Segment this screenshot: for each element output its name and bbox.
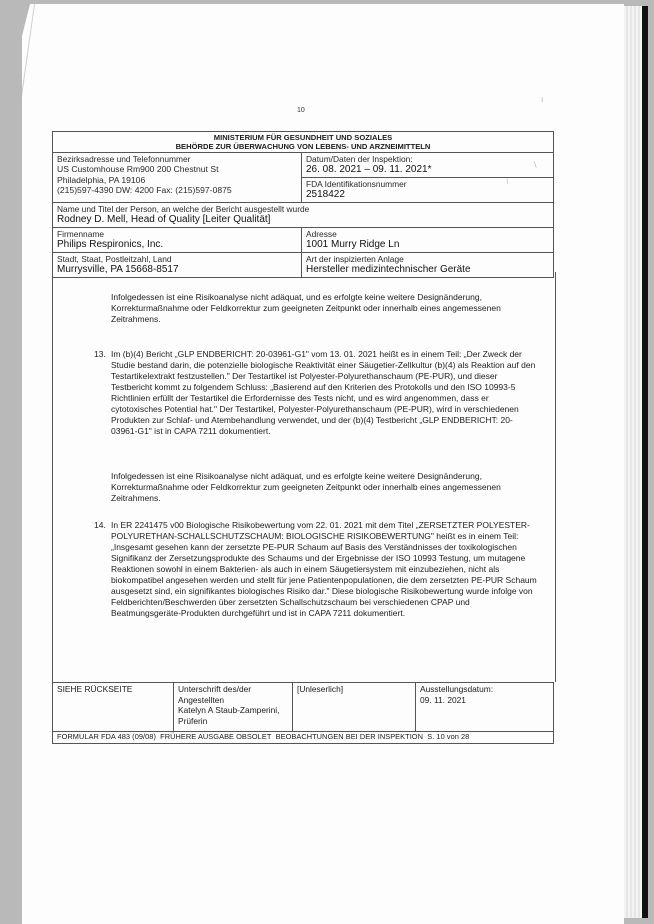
previous-edition-note: FRÜHERE AUSGABE OBSOLET	[160, 732, 271, 741]
address-label: Adresse	[306, 229, 549, 239]
recipient-label: Name und Titel der Person, an welche der…	[57, 204, 549, 214]
observation-paragraph: Infolgedessen ist eine Risikoanalyse nic…	[111, 471, 536, 504]
signature-value: [Unleserlich]	[297, 684, 343, 694]
firm-name-value: Philips Respironics, Inc.	[57, 239, 297, 251]
firm-name-label: Firmenname	[57, 229, 297, 239]
district-address-line: US Customhouse Rm900 200 Chestnut St	[57, 164, 297, 175]
inspection-dates-cell: Datum/Daten der Inspektion: 26. 08. 2021…	[302, 153, 554, 178]
observation-text: In ER 2241475 v00 Biologische Risikobewe…	[111, 520, 539, 619]
signature-cell: [Unleserlich]	[293, 683, 416, 732]
signature-label: Unterschrift des/der Angestellten	[178, 684, 288, 705]
city-label: Stadt, Staat, Postleitzahl, Land	[57, 254, 297, 264]
fei-label: FDA Identifikationsnummer	[306, 179, 549, 189]
district-address-label: Bezirksadresse und Telefonnummer	[57, 154, 297, 164]
firm-name-cell: Firmenname Philips Respironics, Inc.	[53, 228, 302, 253]
establishment-type-label: Art der inspizierten Anlage	[306, 254, 549, 264]
address-cell: Adresse 1001 Murry Ridge Ln	[302, 228, 554, 253]
issue-date-value: 09. 11. 2021	[420, 695, 549, 706]
inspection-dates-value: 26. 08. 2021 – 09. 11. 2021*	[306, 164, 549, 176]
recipient-cell: Name und Titel der Person, an welche der…	[53, 203, 554, 228]
page-stack-edge	[620, 6, 648, 918]
issue-date-cell: Ausstellungsdatum: 09. 11. 2021	[416, 683, 554, 732]
district-address-line: (215)597-4390 DW: 4200 Fax: (215)597-087…	[57, 185, 297, 196]
district-address-line: Philadelphia, PA 19106	[57, 175, 297, 186]
address-value: 1001 Murry Ridge Ln	[306, 239, 549, 251]
fei-value: 2518422	[306, 189, 549, 201]
recipient-value: Rodney D. Mell, Head of Quality [Leiter …	[57, 214, 549, 226]
see-reverse-label: SIEHE RÜCKSEITE	[57, 684, 132, 694]
inspection-dates-label: Datum/Daten der Inspektion:	[306, 154, 549, 164]
observation-number: 13.	[94, 349, 106, 360]
employee-signature-cell: Unterschrift des/der Angestellten Kately…	[174, 683, 293, 732]
fei-cell: FDA Identifikationsnummer 2518422	[302, 178, 554, 203]
form-header-table: MINISTERIUM FÜR GESUNDHEIT UND SOZIALES …	[52, 131, 554, 278]
observation-paragraph: Infolgedessen ist eine Risikoanalyse nic…	[111, 292, 536, 325]
observation-number: 14.	[94, 520, 106, 531]
page-of-count: S. 10 von 28	[427, 732, 469, 741]
employee-name: Katelyn A Staub-Zamperini, Prüferin	[178, 705, 288, 726]
district-address-cell: Bezirksadresse und Telefonnummer US Cust…	[53, 153, 302, 203]
form-footer-table: SIEHE RÜCKSEITE Unterschrift des/der Ang…	[52, 682, 554, 744]
agency-name: BEHÖRDE ZUR ÜBERWACHUNG VON LEBENS- UND …	[57, 143, 549, 152]
pen-mark: ı	[541, 95, 543, 104]
observation-text: Im (b)(4) Bericht „GLP ENDBERICHT: 20-03…	[111, 349, 539, 437]
section-title: BEOBACHTUNGEN BEI DER INSPEKTION	[276, 732, 423, 741]
page-number: 10	[297, 107, 305, 114]
header-title: MINISTERIUM FÜR GESUNDHEIT UND SOZIALES …	[53, 132, 554, 153]
form-identification-line: FORMULAR FDA 483 (09/08) FRÜHERE AUSGABE…	[53, 732, 554, 744]
form-id: FORMULAR FDA 483 (09/08)	[57, 732, 156, 741]
see-reverse-cell: SIEHE RÜCKSEITE	[53, 683, 174, 732]
issue-date-label: Ausstellungsdatum:	[420, 684, 549, 695]
